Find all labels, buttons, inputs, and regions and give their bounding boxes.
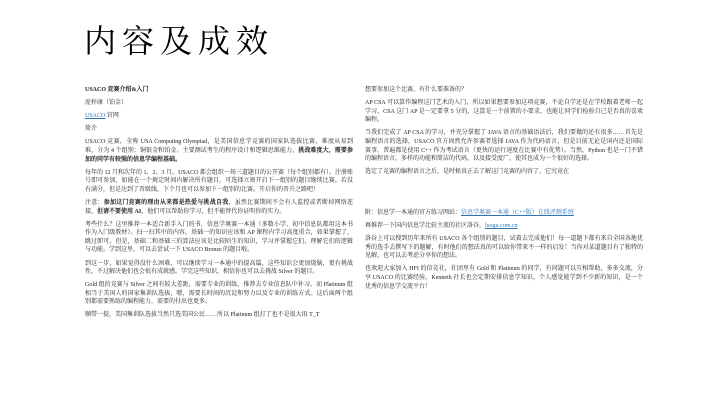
text-segment: 当我们完成了 AP CSA 的学习，并充分掌握了 JAVA 语言的基础语法后，我… (365, 130, 643, 162)
paragraph-notice: 注意：参加这门竞赛的理由从来都是热爱与挑战自我，虽然比赛期间不会有人监控或者断掉… (85, 199, 353, 216)
paragraph-practice-site-link[interactable]: 信息学奥赛一本通（C++版）在线评测系统 (461, 210, 574, 216)
page-title: 内容及成效 (84, 16, 274, 62)
text-segment: 顺带一提，美国集训队选拔当然只选美国公民……所以 Platinum 组打了也不是… (85, 312, 320, 318)
text-segment: AP CSA 可以算作编程这门艺术的入门，所以如果想要参加这项竞赛，不论自学还是… (365, 100, 643, 123)
paragraph-truncated: 选定了竞赛的编程语言之后，是时候真正去了解这门竞赛的内容了，它究竟在 (365, 168, 643, 177)
text-segment: 庞梓康（铂金） (85, 100, 127, 106)
paragraph-luogu-link[interactable]: luogu.com.cn (485, 223, 518, 229)
text-segment: 但请不要使用 AI (97, 209, 141, 215)
text-segment: 附：信息学一本通的官方练习网站： (365, 210, 461, 216)
paragraph-luogu-problems: 洛谷上可以搜到历年来所有 USACO 各个组别的题目，试着去完成他们！每一道题下… (365, 235, 643, 261)
text-segment: 参加这门竞赛的理由从来都是热爱与挑战自我 (104, 200, 229, 206)
text-segment: 选定了竞赛的编程语言之后，是时候真正去了解这门竞赛的内容了，它究竟在 (365, 169, 569, 175)
text-segment: 官网 (105, 113, 119, 119)
question-heading: 想要参加这个比赛，有什么要准备的？ (365, 86, 643, 95)
paragraph-language-choice: 当我们完成了 AP CSA 的学习，并充分掌握了 JAVA 语言的基础语法后，我… (365, 129, 643, 163)
paragraph-practice-site: 附：信息学一本通的官方练习网站：信息学奥赛一本通（C++版）在线评测系统 (365, 209, 643, 218)
official-site-line-link[interactable]: USACO (85, 113, 105, 119)
official-site-line: USACO 官网 (85, 112, 353, 121)
text-segment: 想要参加这个比赛，有什么要准备的？ (365, 87, 467, 93)
text-segment: 到这一步，如果觉得没什么困难，可以继续学习一本通中的提高篇，这些知识会更加烧脑，… (85, 261, 353, 276)
paragraph-gold-platinum: Gold 组的竞赛与 Silver 之间有较大差距，需要专业的训练，推荐去专业信… (85, 281, 353, 307)
text-segment: USACO 竞赛介绍&入门 (85, 87, 149, 93)
paragraph-hfi-club: 也欢迎大家加入 HFI 的信竞社，社团里有 Gold 和 Platinum 的同… (365, 265, 643, 291)
paragraph-ap-csa: AP CSA 可以算作编程这门艺术的入门，所以如果想要参加这项竞赛，不论自学还是… (365, 99, 643, 125)
text-segment: ，他们可以帮助你学习，但不能替代你证明你的实力。 (141, 209, 285, 215)
paragraph-intro: USACO 竞赛，全称 USA Computing Olympiad，是美国信息… (85, 138, 353, 164)
right-text-column: 想要参加这个比赛，有什么要准备的？AP CSA 可以算作编程这门艺术的入门，所以… (365, 86, 643, 296)
text-segment: 再推荐一下国内信息学比较主流的社区洛谷， (365, 223, 485, 229)
section-heading-intro: 简介 (85, 125, 353, 134)
text-segment: 洛谷上可以搜到历年来所有 USACO 各个组别的题目，试着去完成他们！每一道题下… (365, 236, 643, 259)
text-segment: 也欢迎大家加入 HFI 的信竞社，社团里有 Gold 和 Platinum 的同… (365, 266, 643, 289)
text-segment: 考些什么？这里推荐一本适合新手入门的书，信息学奥赛一本通（多数小学、初中信息队都… (85, 222, 353, 254)
text-segment: Gold 组的竞赛与 Silver 之间有较大差距，需要专业的训练，推荐去专业信… (85, 282, 353, 305)
text-segment: 每年的 12 月和次年的 1、2、3 月，USACO 都会组织一场三道题目的公开… (85, 170, 353, 193)
presentation-slide: 内容及成效 USACO 竞赛介绍&入门庞梓康（铂金）USACO 官网简介USAC… (0, 0, 720, 405)
text-segment: 注意： (85, 200, 104, 206)
paragraph-schedule: 每年的 12 月和次年的 1、2、3 月，USACO 都会组织一场三道题目的公开… (85, 169, 353, 195)
paragraph-what-to-learn: 考些什么？这里推荐一本适合新手入门的书，信息学奥赛一本通（多数小学、初中信息队都… (85, 221, 353, 255)
paragraph-luogu: 再推荐一下国内信息学比较主流的社区洛谷，luogu.com.cn (365, 222, 643, 231)
paragraph-silver: 到这一步，如果觉得没什么困难，可以继续学习一本通中的提高篇，这些知识会更加烧脑，… (85, 260, 353, 277)
left-text-column: USACO 竞赛介绍&入门庞梓康（铂金）USACO 官网简介USACO 竞赛，全… (85, 86, 353, 325)
text-segment: 简介 (85, 126, 97, 132)
author-line: 庞梓康（铂金） (85, 99, 353, 108)
doc-title: USACO 竞赛介绍&入门 (85, 86, 353, 95)
paragraph-citizen-note: 顺带一提，美国集训队选拔当然只选美国公民……所以 Platinum 组打了也不是… (85, 311, 353, 320)
